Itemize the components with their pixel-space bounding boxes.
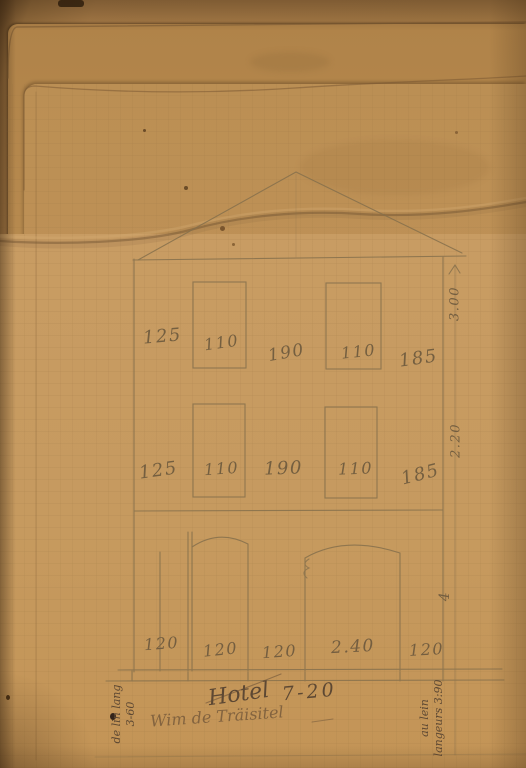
- dim-ground-2: 120: [202, 638, 239, 661]
- dim-floor1-3: 190: [264, 457, 304, 479]
- right-note-line2: langeurs 3:90: [432, 670, 446, 766]
- dim-floor1-4: 110: [338, 458, 374, 478]
- dim-height-floor2: 3.00: [448, 282, 463, 326]
- left-note-line2: 3-60: [124, 668, 138, 760]
- dim-ground-5: 120: [409, 639, 445, 660]
- left-margin-note: de lin lang 3-60: [110, 668, 138, 760]
- dim-ground-3: 120: [261, 641, 297, 662]
- dim-height-floor1: 2.20: [449, 419, 464, 463]
- dim-height-ground: 4: [437, 584, 453, 608]
- dim-ground-1: 120: [143, 633, 179, 654]
- dim-floor2-1: 125: [142, 324, 183, 348]
- dim-floor1-2: 110: [203, 458, 239, 479]
- scanned-drawing-page: 125 110 190 110 185 125 110 190 110 185 …: [0, 0, 526, 768]
- dim-floor2-4: 110: [340, 340, 377, 363]
- dim-ground-4: 2.40: [331, 636, 376, 658]
- left-note-line1: de lin lang: [110, 668, 124, 760]
- right-margin-note: au lein langeurs 3:90: [418, 670, 446, 766]
- right-note-line1: au lein: [418, 670, 432, 766]
